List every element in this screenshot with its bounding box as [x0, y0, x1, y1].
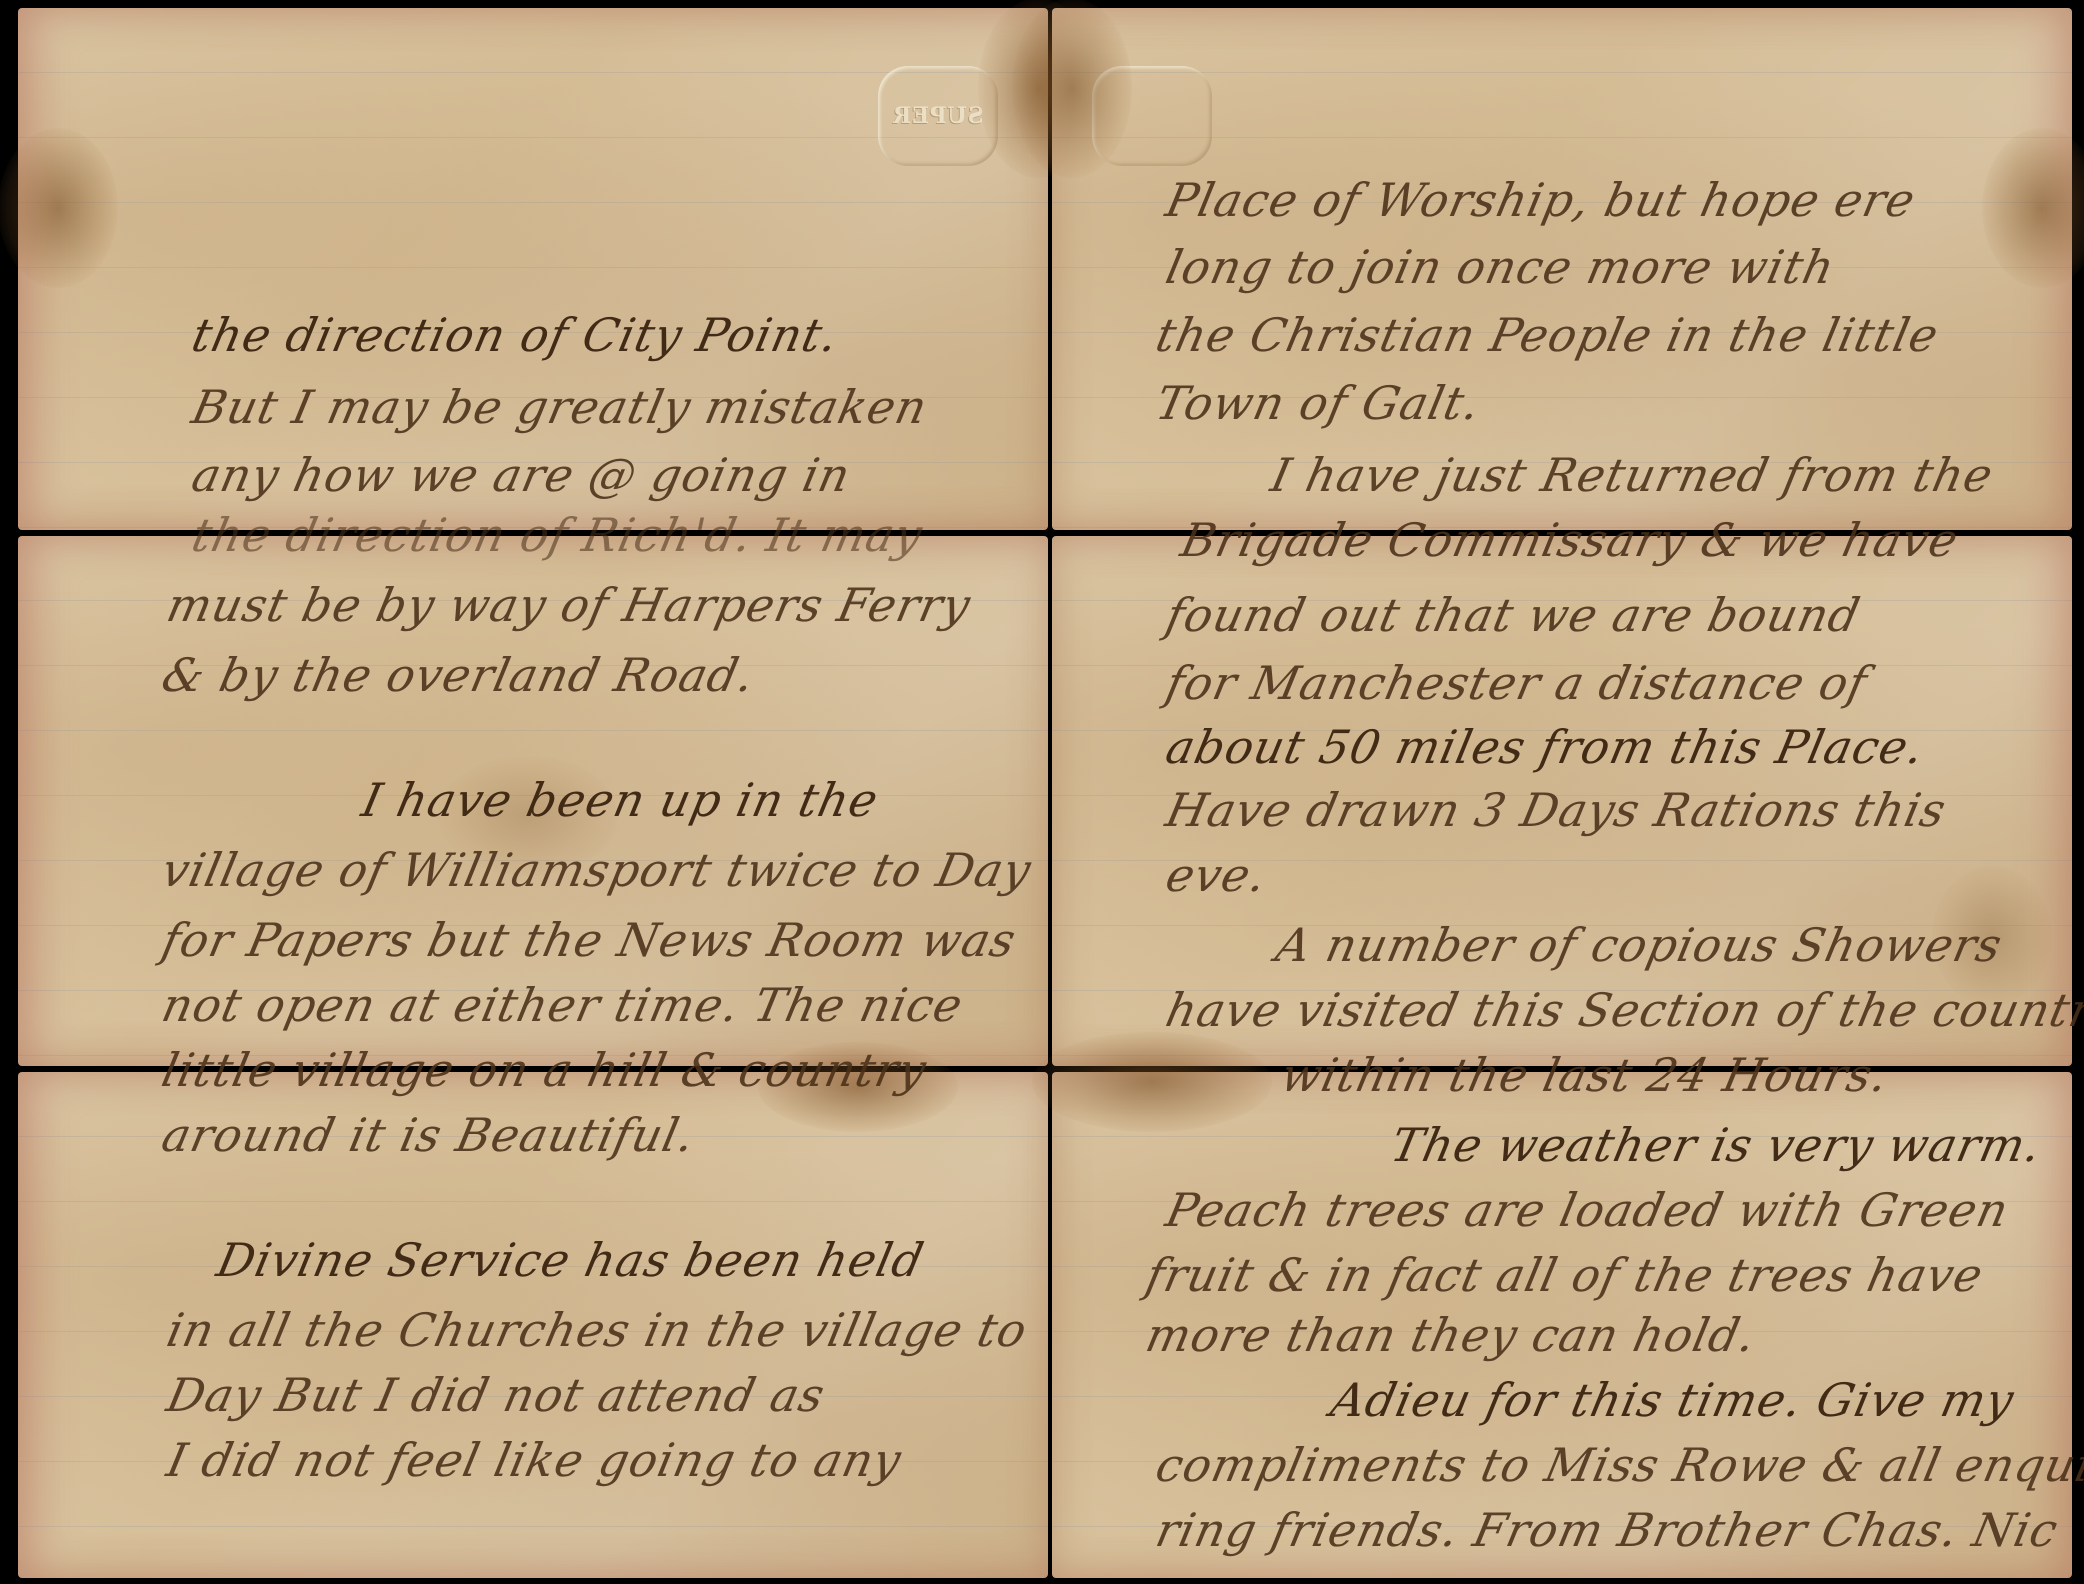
handwritten-line: for Manchester a distance of	[1161, 656, 1872, 710]
handwritten-line: I did not feel like going to any	[162, 1433, 906, 1487]
handwritten-line: Brigade Commissary & we have	[1176, 513, 1963, 567]
handwritten-line: I have been up in the	[357, 773, 883, 827]
handwritten-line: eve.	[1161, 848, 1272, 902]
handwritten-line: fruit & in fact all of the trees have	[1141, 1248, 1988, 1302]
left-page: SUPER the direction of City Point. But I…	[18, 8, 1048, 1578]
handwritten-line: any how we are @ going in	[187, 448, 855, 502]
handwritten-line: Place of Worship, but hope ere	[1161, 173, 1920, 227]
handwritten-line: ring friends. From Brother Chas. Nic	[1151, 1503, 2063, 1557]
handwritten-line: Day But I did not attend as	[162, 1368, 830, 1422]
handwritten-line: within the last 24 Hours.	[1276, 1048, 1893, 1102]
handwritten-line: more than they can hold.	[1141, 1308, 1761, 1362]
handwritten-line: in all the Churches in the village to	[162, 1303, 1032, 1357]
handwritten-line: I have just Returned from the	[1266, 448, 1998, 502]
handwritten-line: Divine Service has been held	[212, 1233, 929, 1287]
handwritten-line: Town of Galt.	[1151, 376, 1485, 430]
handwritten-line: Peach trees are loaded with Green	[1161, 1183, 2014, 1237]
handwritten-line: But I may be greatly mistaken	[187, 380, 932, 434]
stain	[1012, 0, 1132, 178]
handwritten-line: the Christian People in the little	[1151, 308, 1943, 362]
handwritten-line: A number of copious Showers	[1271, 918, 2007, 972]
handwritten-line: & by the overland Road.	[157, 648, 760, 702]
handwritten-line: Adieu for this time. Give my	[1326, 1373, 2019, 1427]
handwritten-line: long to join once more with	[1161, 240, 1840, 294]
handwritten-line: about 50 miles from this Place.	[1161, 720, 1929, 774]
handwritten-line: not open at either time. The nice	[157, 978, 968, 1032]
handwritten-line: the direction of City Point.	[187, 308, 843, 362]
handwritten-line: village of Williamsport twice to Day	[157, 843, 1036, 897]
handwritten-line: for Papers but the News Room was	[157, 913, 1021, 967]
handwritten-line: around it is Beautiful.	[157, 1108, 700, 1162]
handwritten-line: the direction of Rich'd. It may	[187, 508, 927, 562]
handwritten-line: must be by way of Harpers Ferry	[162, 578, 976, 632]
handwritten-line: The weather is very warm.	[1386, 1118, 2046, 1172]
right-page: Place of Worship, but hope ere long to j…	[1052, 8, 2072, 1578]
stain	[1982, 128, 2084, 288]
handwritten-line: Have drawn 3 Days Rations this	[1161, 783, 1951, 837]
handwritten-line: little village on a hill & country	[157, 1043, 931, 1097]
handwritten-line: have visited this Section of the country	[1161, 983, 2084, 1037]
handwritten-line: found out that we are bound	[1161, 588, 1865, 642]
stain	[0, 128, 118, 288]
stain	[1032, 1032, 1272, 1132]
handwritten-line: compliments to Miss Rowe & all enqui-	[1151, 1438, 2084, 1492]
